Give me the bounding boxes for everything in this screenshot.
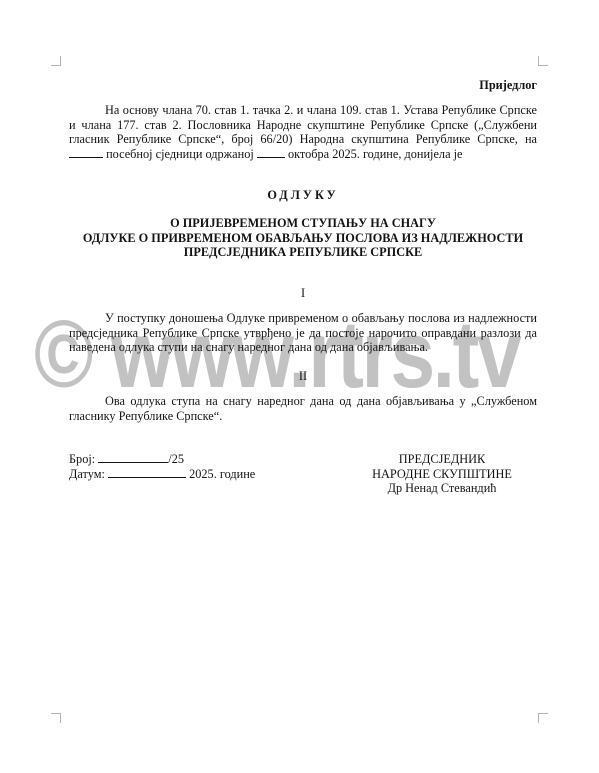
signatory-title: НАРОДНЕ СКУПШТИНЕ — [352, 467, 532, 482]
page-corner-mark — [51, 56, 61, 66]
document-title: ОДЛУКУ — [69, 188, 537, 203]
number-line: Број: /25 — [69, 452, 289, 467]
reference-block: Број: /25 Датум: 2025. године — [69, 452, 289, 481]
blank-number-field — [98, 452, 168, 463]
date-suffix: 2025. године — [189, 467, 255, 481]
section-numeral: II — [69, 369, 537, 384]
page-corner-mark — [538, 56, 548, 66]
subtitle-line: ПРЕДСЈЕДНИКА РЕПУБЛИКЕ СРПСКЕ — [60, 245, 546, 260]
preamble-text-1: На основу члана 70. став 1. тачка 2. и ч… — [69, 103, 537, 146]
page-corner-mark — [538, 713, 548, 723]
document-subtitle: О ПРИЈЕВРЕМЕНОМ СТУПАЊУ НА СНАГУ ОДЛУКЕ … — [60, 216, 546, 260]
subtitle-line: ОДЛУКЕ О ПРИВРЕМЕНОМ ОБАВЉАЊУ ПОСЛОВА ИЗ… — [60, 231, 546, 246]
signatory-title: ПРЕДСЈЕДНИК — [352, 452, 532, 467]
blank-date-field — [108, 467, 186, 478]
preamble-text-3: октобра 2025. године, донијела је — [288, 147, 463, 161]
section-paragraph: У поступку доношења Одлуке привременом о… — [69, 311, 537, 355]
number-suffix: /25 — [168, 452, 184, 466]
subtitle-line: О ПРИЈЕВРЕМЕНОМ СТУПАЊУ НА СНАГУ — [60, 216, 546, 231]
preamble-paragraph: На основу члана 70. став 1. тачка 2. и ч… — [69, 103, 537, 161]
page-corner-mark — [51, 713, 61, 723]
signatory-name: Др Ненад Стевандић — [352, 481, 532, 496]
signature-block: ПРЕДСЈЕДНИК НАРОДНЕ СКУПШТИНЕ Др Ненад С… — [352, 452, 532, 496]
preamble-text-2: посебној сједници одржаној — [106, 147, 254, 161]
section-paragraph: Ова одлука ступа на снагу наредног дана … — [69, 394, 537, 423]
date-line: Датум: 2025. године — [69, 467, 289, 482]
blank-session-field — [69, 147, 103, 158]
blank-day-field — [257, 147, 285, 158]
date-label: Датум: — [69, 467, 105, 481]
section-numeral: I — [69, 286, 537, 301]
number-label: Број: — [69, 452, 95, 466]
document-label: Приједлог — [400, 78, 537, 93]
